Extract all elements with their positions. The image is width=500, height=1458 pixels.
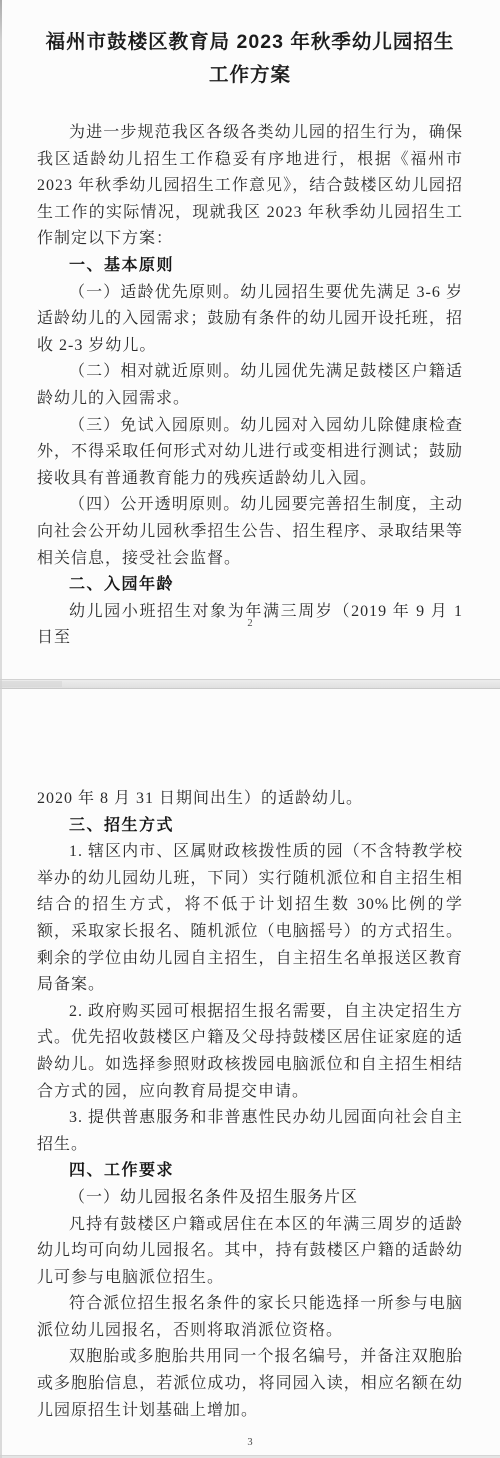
section-heading-basic-principles: 一、基本原则 xyxy=(37,253,463,280)
document-page-2: 福州市鼓楼区教育局 2023 年秋季幼儿园招生工作方案 为进一步规范我区各级各类… xyxy=(0,0,500,679)
section-heading-work-requirements: 四、工作要求 xyxy=(37,1158,463,1185)
document-page-3: 2020 年 8 月 31 日期间出生）的适龄幼儿。 三、招生方式 1. 辖区内… xyxy=(0,689,500,1455)
doc-paragraph-method-1: 1. 辖区内市、区属财政核拨性质的园（不含特教学校举办的幼儿园幼儿班，下同）实行… xyxy=(37,839,463,999)
document-viewer: 福州市鼓楼区教育局 2023 年秋季幼儿园招生工作方案 为进一步规范我区各级各类… xyxy=(0,0,500,1458)
subsection-heading-registration-conditions: （一）幼儿园报名条件及招生服务片区 xyxy=(37,1185,463,1212)
doc-paragraph-method-2: 2. 政府购买园可根据招生报名需要，自主决定招生方式。优先招收鼓楼区户籍及父母持… xyxy=(37,999,463,1105)
page-number: 2 xyxy=(0,618,500,629)
section-heading-enrollment-method: 三、招生方式 xyxy=(37,813,463,840)
doc-paragraph-principle-2: （二）相对就近原则。幼儿园优先满足鼓楼区户籍适龄幼儿的入园需求。 xyxy=(37,359,463,412)
section-heading-admission-age: 二、入园年龄 xyxy=(37,572,463,599)
doc-paragraph-principle-3: （三）免试入园原则。幼儿园对入园幼儿除健康检查外，不得采取任何形式对幼儿进行或变… xyxy=(37,413,463,493)
doc-paragraph-age-continued: 2020 年 8 月 31 日期间出生）的适龄幼儿。 xyxy=(37,786,463,813)
document-title: 福州市鼓楼区教育局 2023 年秋季幼儿园招生工作方案 xyxy=(44,26,456,92)
page-separator xyxy=(0,679,500,689)
doc-paragraph-method-3: 3. 提供普惠服务和非普惠性民办幼儿园面向社会自主招生。 xyxy=(37,1105,463,1158)
doc-paragraph-principle-1: （一）适龄优先原则。幼儿园招生要优先满足 3-6 岁适龄幼儿的入园需求；鼓励有条… xyxy=(37,280,463,360)
doc-paragraph-intro: 为进一步规范我区各级各类幼儿园的招生行为，确保我区适龄幼儿招生工作稳妥有序地进行… xyxy=(37,120,463,253)
doc-paragraph-registration-3: 双胞胎或多胞胎共用同一个报名编号，并备注双胞胎或多胞胎信息，若派位成功，将同园入… xyxy=(37,1344,463,1424)
doc-paragraph-principle-4: （四）公开透明原则。幼儿园要完善招生制度，主动向社会公开幼儿园秋季招生公告、招生… xyxy=(37,492,463,572)
page-number: 3 xyxy=(0,1437,500,1448)
scan-edge-artifact xyxy=(0,0,2,1458)
doc-paragraph-registration-1: 凡持有鼓楼区户籍或居住在本区的年满三周岁的适龄幼儿均可向幼儿园报名。其中，持有鼓… xyxy=(37,1212,463,1292)
doc-paragraph-registration-2: 符合派位招生报名条件的家长只能选择一所参与电脑派位幼儿园报名，否则将取消派位资格… xyxy=(37,1291,463,1344)
